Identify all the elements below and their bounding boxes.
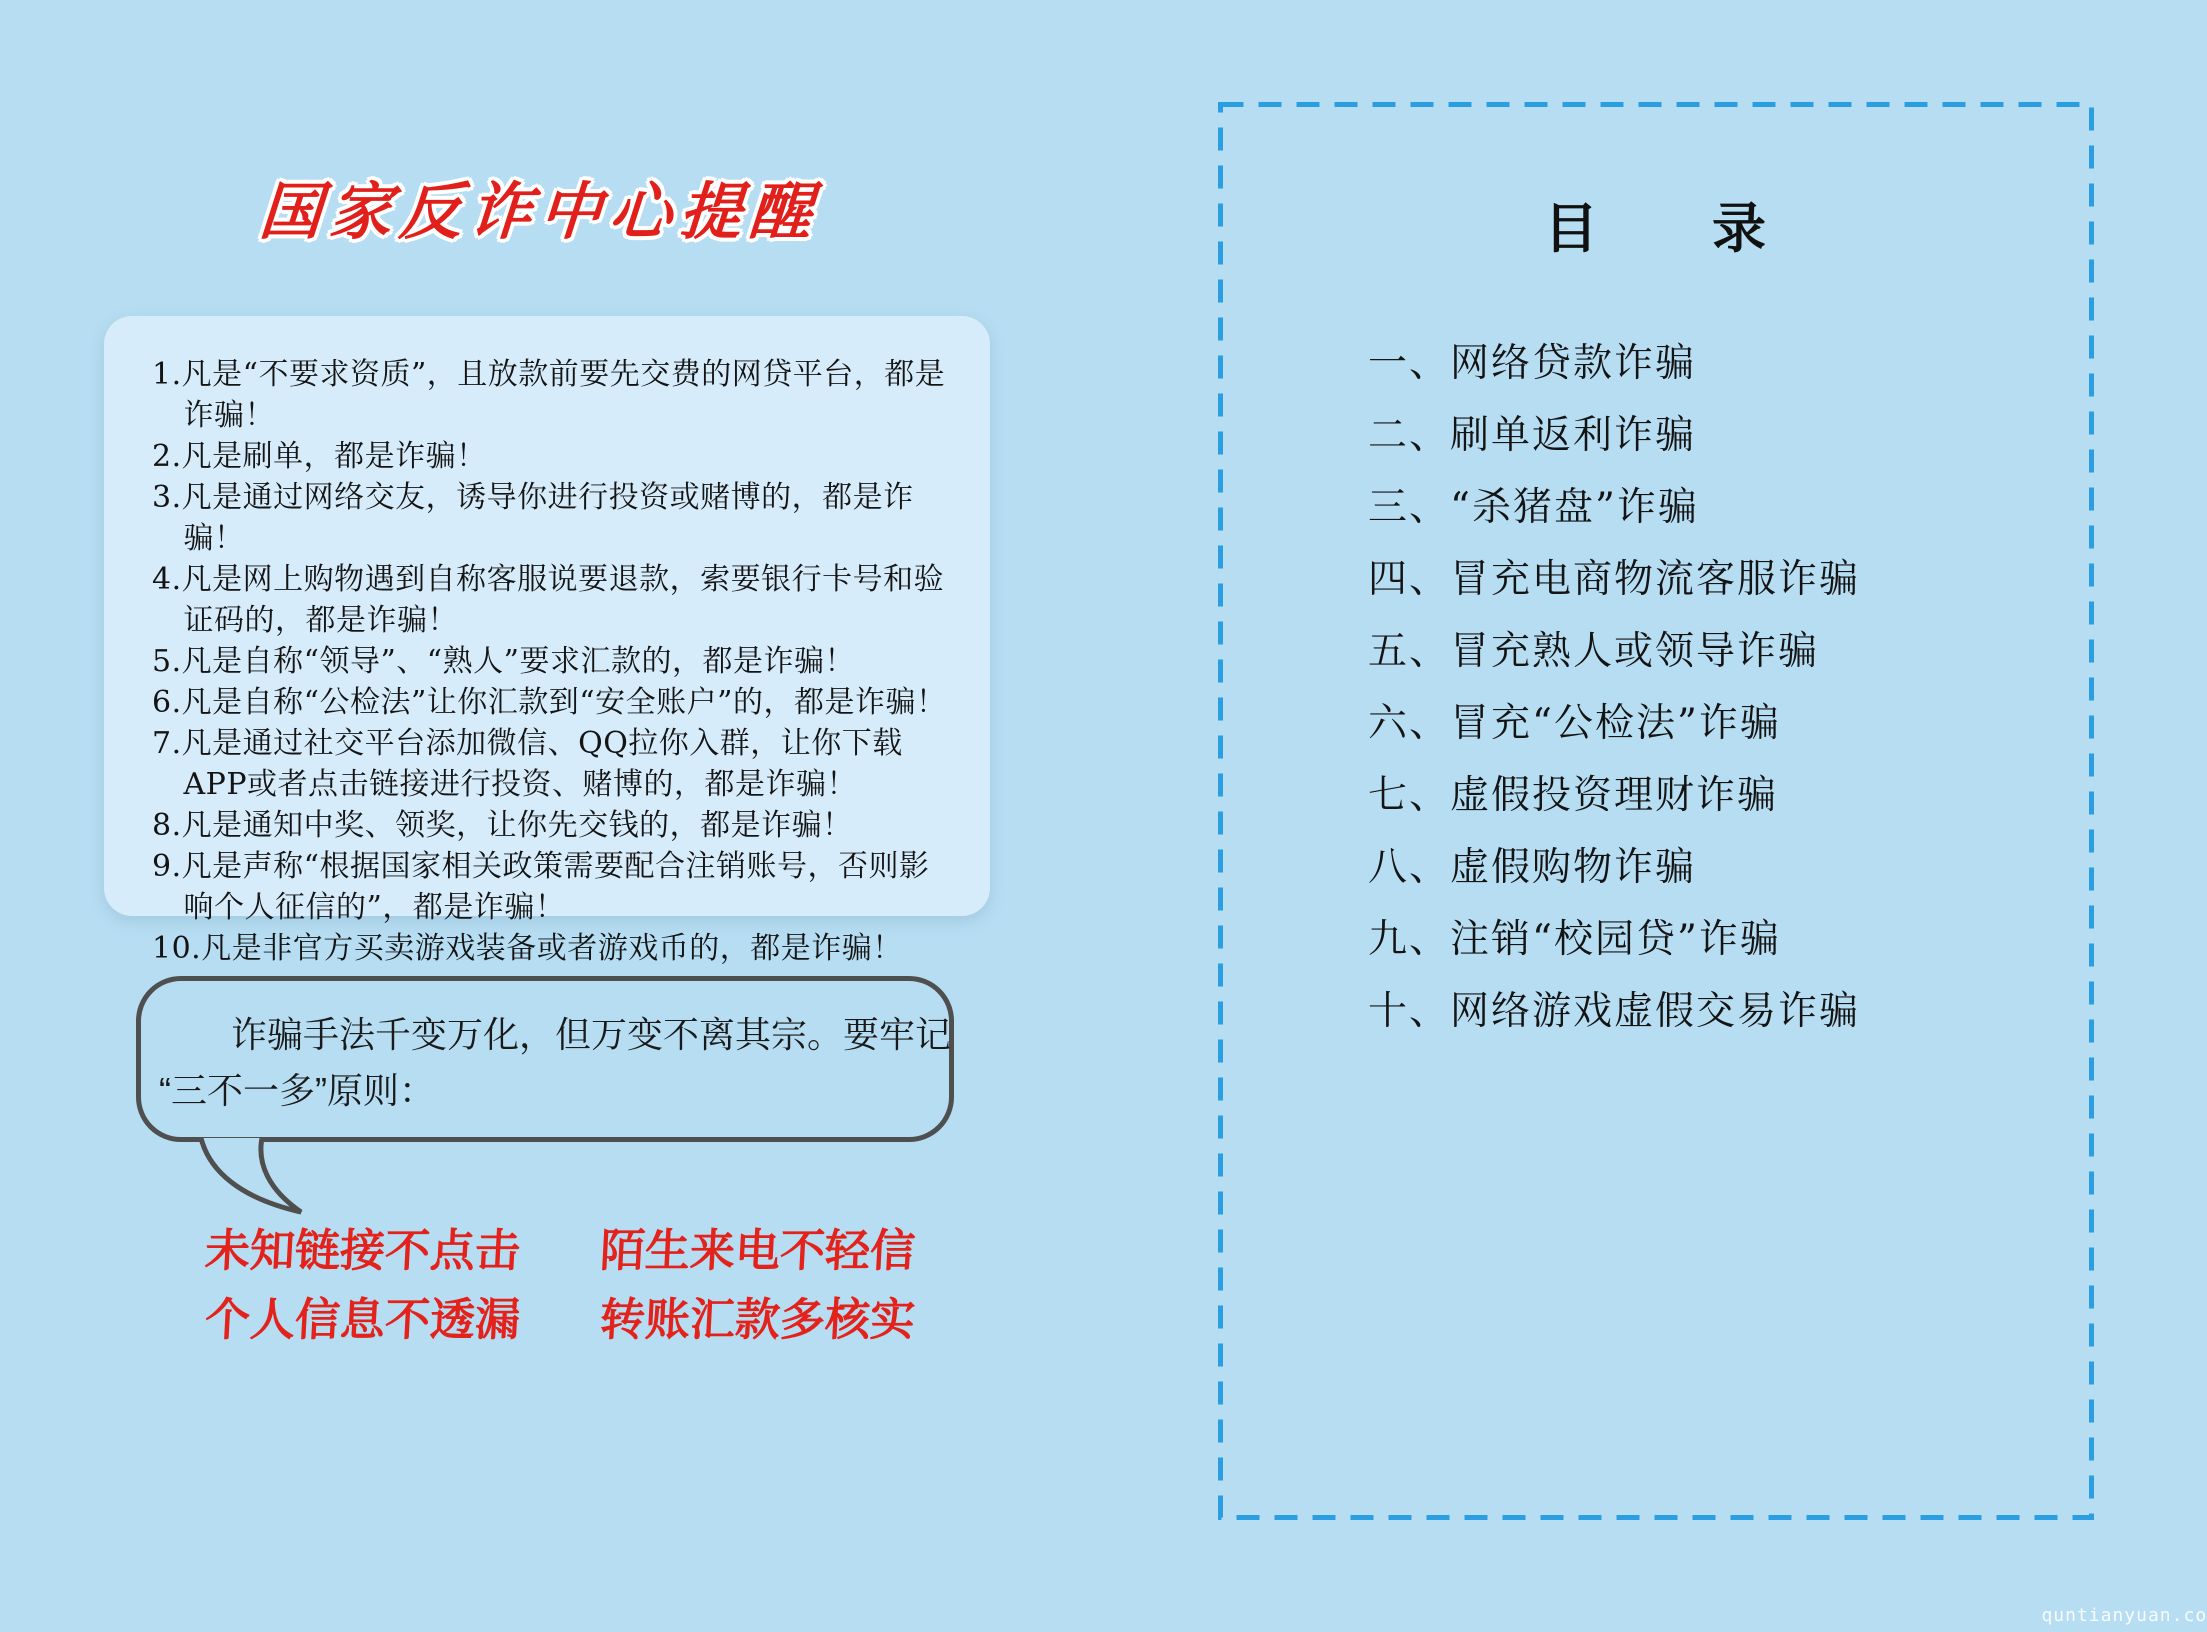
toc-item: 七、虚假投资理财诈骗 <box>1368 760 1860 832</box>
slogan-text: 转账汇款多核实 <box>599 1297 916 1342</box>
tip-item: 2.凡是刷单，都是诈骗！ <box>152 436 956 477</box>
toc-item: 一、网络贷款诈骗 <box>1368 328 1860 400</box>
speech-bubble: 诈骗手法千变万化，但万变不离其宗。要牢记 “三不一多”原则： <box>136 976 954 1142</box>
toc-item: 五、冒充熟人或领导诈骗 <box>1368 616 1860 688</box>
anti-fraud-tips-panel: 1.凡是“不要求资质”，且放款前要先交费的网贷平台，都是诈骗！ 2.凡是刷单，都… <box>104 316 990 916</box>
speech-bubble-tail <box>197 1138 317 1220</box>
toc-panel: 目 录 一、网络贷款诈骗 二、刷单返利诈骗 三、“杀猪盘”诈骗 四、冒充电商物流… <box>1218 102 2094 1520</box>
slogan-grid: 未知链接不点击 陌生来电不轻信 个人信息不透漏 转账汇款多核实 <box>205 1228 915 1342</box>
toc-item: 六、冒充“公检法”诈骗 <box>1368 688 1860 760</box>
watermark-text: quntianyuan.com <box>2041 1605 2207 1626</box>
toc-item: 九、注销“校园贷”诈骗 <box>1368 904 1860 976</box>
toc-item: 十、网络游戏虚假交易诈骗 <box>1368 976 1860 1048</box>
tip-item: 6.凡是自称“公检法”让你汇款到“安全账户”的，都是诈骗！ <box>152 682 956 723</box>
tip-item: 9.凡是声称“根据国家相关政策需要配合注销账号，否则影响个人征信的”，都是诈骗！ <box>152 846 956 928</box>
tip-item: 8.凡是通知中奖、领奖，让你先交钱的，都是诈骗！ <box>152 805 956 846</box>
tip-item: 7.凡是通过社交平台添加微信、QQ拉你入群，让你下载APP或者点击链接进行投资、… <box>152 723 956 805</box>
brochure-spread: 国家反诈中心提醒 1.凡是“不要求资质”，且放款前要先交费的网贷平台，都是诈骗！… <box>0 0 2207 1632</box>
speech-bubble-text: 诈骗手法千变万化，但万变不离其宗。要牢记 <box>159 1007 929 1063</box>
tip-item: 10.凡是非官方买卖游戏装备或者游戏币的，都是诈骗！ <box>152 928 956 969</box>
slogan-text: 陌生来电不轻信 <box>599 1228 916 1273</box>
page-title: 国家反诈中心提醒 <box>0 162 1083 251</box>
tip-item: 5.凡是自称“领导”、“熟人”要求汇款的，都是诈骗！ <box>152 641 956 682</box>
toc-list: 一、网络贷款诈骗 二、刷单返利诈骗 三、“杀猪盘”诈骗 四、冒充电商物流客服诈骗… <box>1368 328 1860 1048</box>
toc-item: 四、冒充电商物流客服诈骗 <box>1368 544 1860 616</box>
toc-item: 三、“杀猪盘”诈骗 <box>1368 472 1860 544</box>
tip-item: 4.凡是网上购物遇到自称客服说要退款，索要银行卡号和验证码的，都是诈骗！ <box>152 559 956 641</box>
slogan-text: 个人信息不透漏 <box>204 1297 521 1342</box>
tip-item: 1.凡是“不要求资质”，且放款前要先交费的网贷平台，都是诈骗！ <box>152 354 956 436</box>
tip-item: 3.凡是通过网络交友，诱导你进行投资或赌博的，都是诈骗！ <box>152 477 956 559</box>
toc-title: 目 录 <box>1218 186 2094 263</box>
speech-bubble-text: “三不一多”原则： <box>159 1063 929 1119</box>
toc-item: 八、虚假购物诈骗 <box>1368 832 1860 904</box>
toc-item: 二、刷单返利诈骗 <box>1368 400 1860 472</box>
slogan-text: 未知链接不点击 <box>204 1228 521 1273</box>
